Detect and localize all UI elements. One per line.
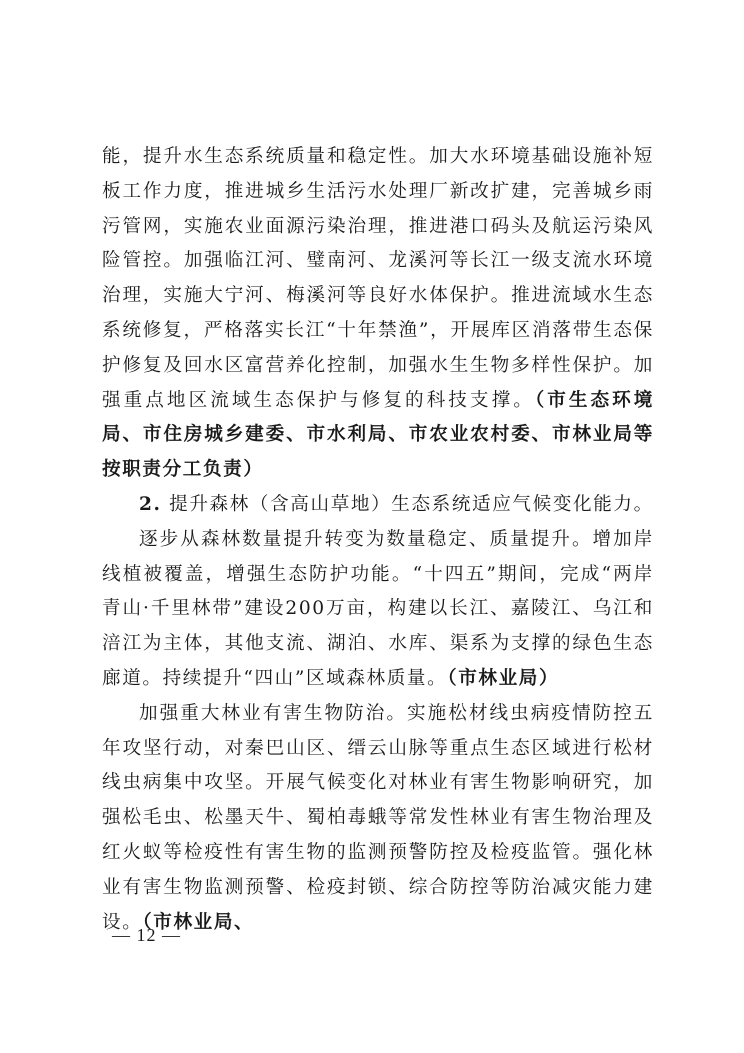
section-heading-forest: 2. 提升森林（含高山草地）生态系统适应气候变化能力。 (102, 488, 654, 523)
paragraph-text: 加强重大林业有害生物防治。实施松材线虫病疫情防控五年攻坚行动，对秦巴山区、缙云山… (102, 703, 654, 933)
document-body: 能，提升水生态系统质量和稳定性。加大水环境基础设施补短板工作力度，推进城乡生活污… (102, 140, 654, 940)
paragraph-text: 逐步从森林数量提升转变为数量稳定、质量提升。增加岸线植被覆盖，增强生态防护功能。… (102, 529, 654, 689)
paragraph-forest-quality: 逐步从森林数量提升转变为数量稳定、质量提升。增加岸线植被覆盖，增强生态防护功能。… (102, 523, 654, 697)
page-number: — 12 — (112, 925, 181, 946)
paragraph-text: 能，提升水生态系统质量和稳定性。加大水环境基础设施补短板工作力度，推进城乡生活污… (102, 146, 654, 411)
document-page: 能，提升水生态系统质量和稳定性。加大水环境基础设施补短板工作力度，推进城乡生活污… (0, 0, 744, 1053)
heading-number: 2. (139, 494, 162, 515)
paragraph-water-ecosystem: 能，提升水生态系统质量和稳定性。加大水环境基础设施补短板工作力度，推进城乡生活污… (102, 140, 654, 488)
heading-text: 提升森林（含高山草地）生态系统适应气候变化能力。 (169, 494, 654, 515)
paragraph-pest-control: 加强重大林业有害生物防治。实施松材线虫病疫情防控五年攻坚行动，对秦巴山区、缙云山… (102, 697, 654, 941)
responsible-agencies: （市林业局） (447, 668, 559, 689)
